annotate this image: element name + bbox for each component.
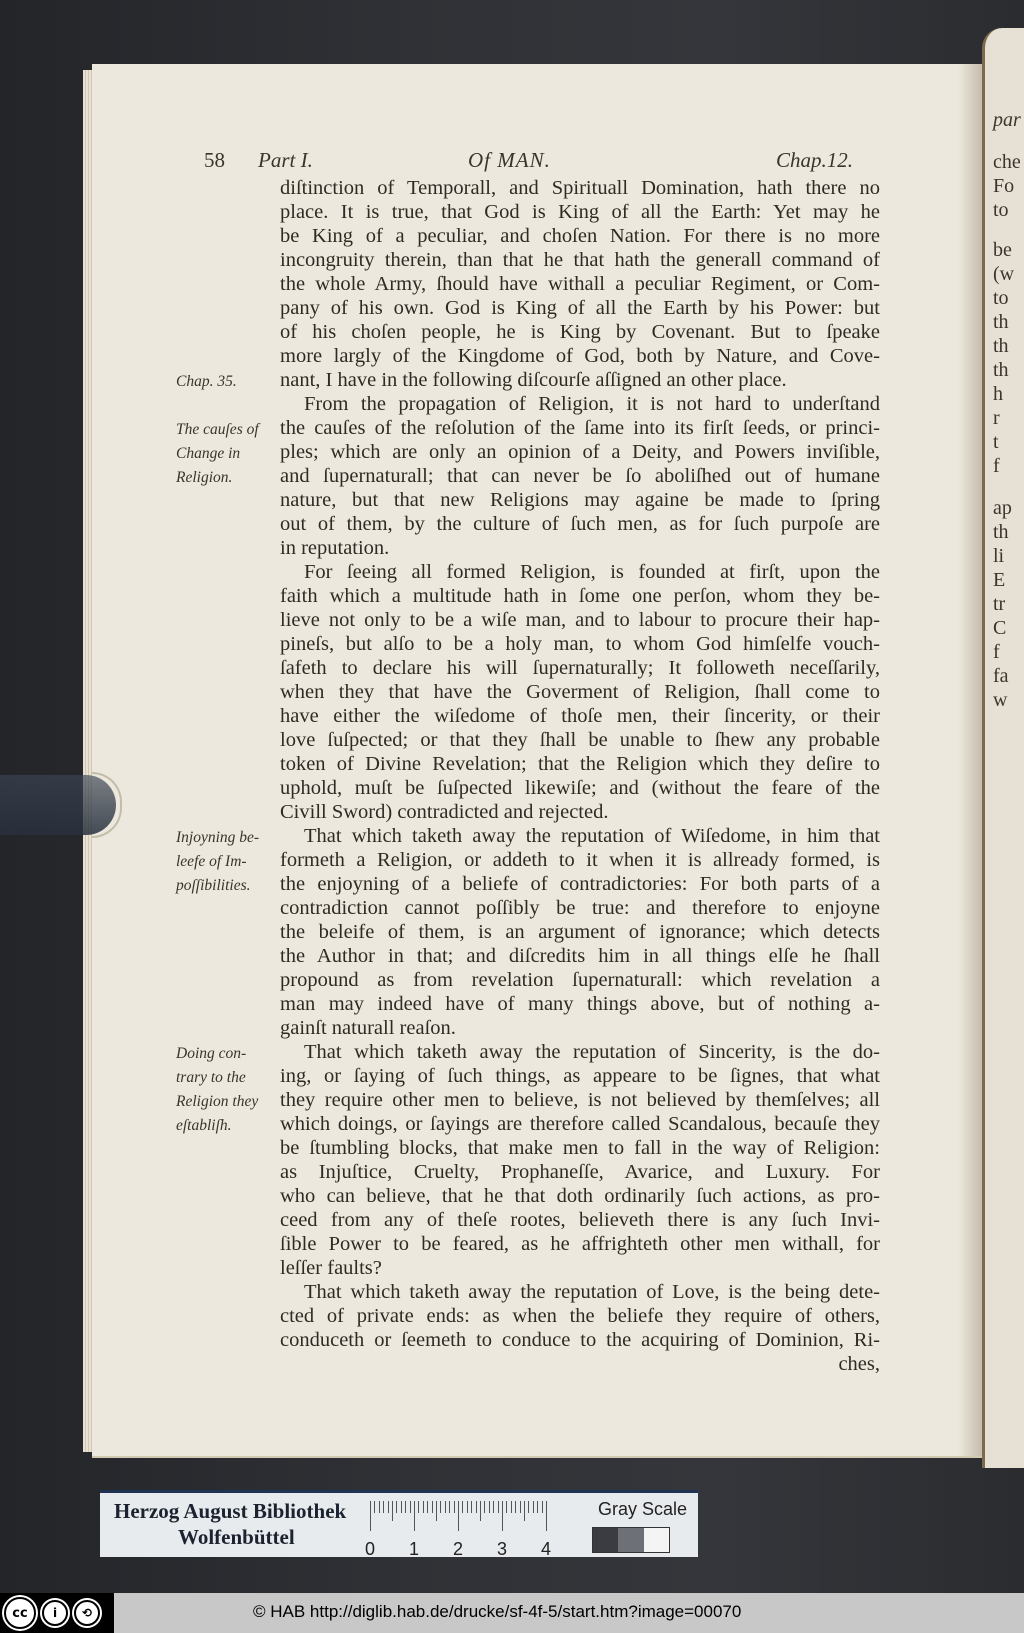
ruler-tick: [392, 1501, 393, 1521]
text-line: out of them, by the culture of ſuch men,…: [280, 512, 880, 536]
text-line: the beleife of them, is an argument of i…: [280, 920, 880, 944]
library-name: Herzog August Bibliothek: [114, 1499, 346, 1524]
facing-page-text: to: [993, 198, 1009, 222]
facing-page-text: t: [993, 430, 999, 454]
margin-note-line: Religion.: [176, 466, 276, 490]
credit-link[interactable]: © HAB http://diglib.hab.de/drucke/sf-4f-…: [253, 1602, 741, 1622]
margin-note-line: Doing con-: [176, 1042, 276, 1066]
attribution-icon: i: [42, 1600, 68, 1626]
ruler-tick: [405, 1501, 406, 1513]
ruler-tick: [480, 1501, 481, 1521]
library-location: Wolfenbüttel: [178, 1525, 295, 1550]
ruler-tick: [537, 1501, 538, 1513]
margin-note-line: leefe of Im-: [176, 850, 276, 874]
facing-page-text: th: [993, 310, 1009, 334]
text-line: For ſeeing all formed Religion, is found…: [280, 560, 880, 584]
ruler-tick: [484, 1501, 485, 1513]
facing-page-text: che: [993, 150, 1021, 174]
text-line: love ſuſpected; or that they ſhall be un…: [280, 728, 880, 752]
facing-page-text: to: [993, 286, 1009, 310]
text-line: Civill Sword) contradicted and rejected.: [280, 800, 880, 824]
ruler-tick: [374, 1501, 375, 1513]
gray-scale-label: Gray Scale: [598, 1499, 687, 1520]
text-line: nant, I have in the following diſcourſe …: [280, 368, 880, 392]
margin-note-line: Change in: [176, 442, 276, 466]
margin-note-line: Injoyning be-: [176, 826, 276, 850]
facing-page-text: (w: [993, 262, 1014, 286]
text-line: That which taketh away the reputation of…: [280, 1280, 880, 1304]
facing-page-text: Fo: [993, 174, 1014, 198]
facing-page-text: li: [993, 544, 1004, 568]
facing-page-text: th: [993, 520, 1009, 544]
ruler-label: 2: [453, 1539, 463, 1560]
scale-bar: Herzog August Bibliothek Wolfenbüttel 01…: [100, 1490, 698, 1557]
text-line: ſible Power to be feared, as he affright…: [280, 1232, 880, 1256]
running-head-chapter: Chap.12.: [776, 148, 853, 174]
text-line: pineſs, but alſo to be a holy man, to wh…: [280, 632, 880, 656]
ruler-tick: [520, 1501, 521, 1513]
gray-scale-swatches: [592, 1527, 670, 1553]
ruler-tick: [414, 1501, 415, 1531]
margin-note-line: The cauſes of: [176, 418, 276, 442]
text-line: as Injuſtice, Cruelty, Prophaneſſe, Avar…: [280, 1160, 880, 1184]
facing-page-text: ap: [993, 496, 1012, 520]
text-line: they require other men to believe, is no…: [280, 1088, 880, 1112]
ruler-tick: [454, 1501, 455, 1513]
facing-page-text: tr: [993, 592, 1005, 616]
text-line: contradiction cannot poſſibly be true: a…: [280, 896, 880, 920]
text-line: incongruity therein, than that he that h…: [280, 248, 880, 272]
ruler-tick: [379, 1501, 380, 1513]
ruler-tick: [515, 1501, 516, 1513]
text-line: ples; which are only an opinion of a Dei…: [280, 440, 880, 464]
ruler-tick: [423, 1501, 424, 1513]
gray-swatch: [644, 1528, 669, 1552]
cc-icon: cc: [4, 1597, 36, 1629]
ruler-label: 0: [365, 1539, 375, 1560]
text-line: the whole Army, ſhould have withall a pe…: [280, 272, 880, 296]
text-line: lieve not only to be a wiſe man, and to …: [280, 608, 880, 632]
ruler-tick: [401, 1501, 402, 1513]
facing-page-text: be: [993, 238, 1012, 262]
ruler-tick: [445, 1501, 446, 1513]
text-line: man may indeed have of many things above…: [280, 992, 880, 1016]
running-head-part: Part I.: [258, 148, 313, 174]
facing-page-text: f: [993, 454, 1000, 478]
running-head-title: Of MAN.: [468, 148, 551, 174]
ruler-tick: [542, 1501, 543, 1513]
facing-page-text: par: [993, 108, 1021, 132]
ruler-tick: [410, 1501, 411, 1513]
text-line: From the propagation of Religion, it is …: [280, 392, 880, 416]
ruler-tick: [506, 1501, 507, 1513]
gray-swatch: [593, 1528, 618, 1552]
ruler-tick: [432, 1501, 433, 1513]
ruler-tick: [388, 1501, 389, 1513]
text-line: have either the wiſedome of thoſe men, t…: [280, 704, 880, 728]
ruler-tick: [436, 1501, 437, 1521]
ruler-tick: [427, 1501, 428, 1513]
share-alike-icon: ⟲: [74, 1600, 100, 1626]
text-line: be King of a peculiar, and choſen Nation…: [280, 224, 880, 248]
margin-note-line: Religion they: [176, 1090, 276, 1114]
text-line: of his choſen people, he is King by Cove…: [280, 320, 880, 344]
facing-page-text: h: [993, 382, 1003, 406]
ruler-tick: [489, 1501, 490, 1513]
ruler-tick: [528, 1501, 529, 1513]
text-line: That which taketh away the reputation of…: [280, 1040, 880, 1064]
text-line: when they that have the Goverment of Rel…: [280, 680, 880, 704]
ruler-tick: [502, 1501, 503, 1531]
text-line: uphold, muſt be ſuſpected likewiſe; and …: [280, 776, 880, 800]
text-line: ceed from any of theſe rootes, believeth…: [280, 1208, 880, 1232]
text-line: in reputation.: [280, 536, 880, 560]
text-line: nature, but that new Religions may again…: [280, 488, 880, 512]
text-line: who can believe, that he that doth ordin…: [280, 1184, 880, 1208]
facing-page-text: r: [993, 406, 1000, 430]
text-line: the cauſes of the reſolution of the ſame…: [280, 416, 880, 440]
margin-note-line: trary to the: [176, 1066, 276, 1090]
text-line: the Author in that; and diſcredits him i…: [280, 944, 880, 968]
text-line: gainſt naturall reaſon.: [280, 1016, 880, 1040]
catchword: ches,: [280, 1352, 880, 1376]
text-line: propound as from revelation ſupernatural…: [280, 968, 880, 992]
facing-page-text: fa: [993, 664, 1009, 688]
margin-note-line: eſtabliſh.: [176, 1114, 276, 1138]
footer-bar: cc i ⟲ © HAB http://diglib.hab.de/drucke…: [0, 1593, 1024, 1633]
facing-page-text: C: [993, 616, 1006, 640]
ruler-tick: [370, 1501, 371, 1531]
text-line: ing, or ſaying of ſuch things, as appear…: [280, 1064, 880, 1088]
text-line: diſtinction of Temporall, and Spirituall…: [280, 176, 880, 200]
text-line: That which taketh away the reputation of…: [280, 824, 880, 848]
ruler-label: 1: [409, 1539, 419, 1560]
page-number: 58: [204, 148, 225, 174]
facing-page-text: th: [993, 334, 1009, 358]
ruler-tick: [418, 1501, 419, 1513]
ruler-tick: [476, 1501, 477, 1513]
ruler-tick: [467, 1501, 468, 1513]
ruler-tick: [546, 1501, 547, 1531]
ruler-tick: [383, 1501, 384, 1513]
text-line: be ſtumbling blocks, that make men to fa…: [280, 1136, 880, 1160]
ruler-tick: [449, 1501, 450, 1513]
text-line: and ſupernaturall; that can never be ſo …: [280, 464, 880, 488]
facing-page: parcheFotobe(wtothththhrtfapthliEtrCffaw: [982, 28, 1024, 1468]
text-line: more largly of the Kingdome of God, both…: [280, 344, 880, 368]
facing-page-text: f: [993, 640, 1000, 664]
ruler-tick: [396, 1501, 397, 1513]
text-line: conduceth or ſeemeth to conduce to the a…: [280, 1328, 880, 1352]
text-line: leſſer faults?: [280, 1256, 880, 1280]
text-line: formeth a Religion, or addeth to it when…: [280, 848, 880, 872]
ruler-tick: [462, 1501, 463, 1513]
ruler-tick: [511, 1501, 512, 1513]
ruler-tick: [533, 1501, 534, 1513]
text-line: cted of private ends: as when the belief…: [280, 1304, 880, 1328]
margin-note-line: poſſibilities.: [176, 874, 276, 898]
ruler-tick: [493, 1501, 494, 1513]
text-line: token of Divine Revelation; that the Rel…: [280, 752, 880, 776]
text-line: faith which a multitude hath in ſome one…: [280, 584, 880, 608]
ruler-tick: [471, 1501, 472, 1513]
gray-swatch: [618, 1528, 643, 1552]
text-line: which doings, or ſayings are therefore c…: [280, 1112, 880, 1136]
cc-license-badge[interactable]: cc i ⟲: [0, 1593, 114, 1633]
text-line: place. It is true, that God is King of a…: [280, 200, 880, 224]
ruler-tick: [498, 1501, 499, 1513]
facing-page-text: th: [993, 358, 1009, 382]
ruler-label: 4: [541, 1539, 551, 1560]
text-line: the enjoyning of a beliefe of contradict…: [280, 872, 880, 896]
ruler-label: 3: [497, 1539, 507, 1560]
ruler: 01234: [370, 1501, 548, 1531]
facing-page-text: w: [993, 688, 1007, 712]
ruler-tick: [440, 1501, 441, 1513]
text-line: pany of his own. God is King of all the …: [280, 296, 880, 320]
margin-note-line: Chap. 35.: [176, 370, 276, 394]
ruler-tick: [524, 1501, 525, 1521]
ruler-tick: [458, 1501, 459, 1531]
facing-page-text: E: [993, 568, 1005, 592]
text-line: ſafeth to declare his will ſupernaturall…: [280, 656, 880, 680]
